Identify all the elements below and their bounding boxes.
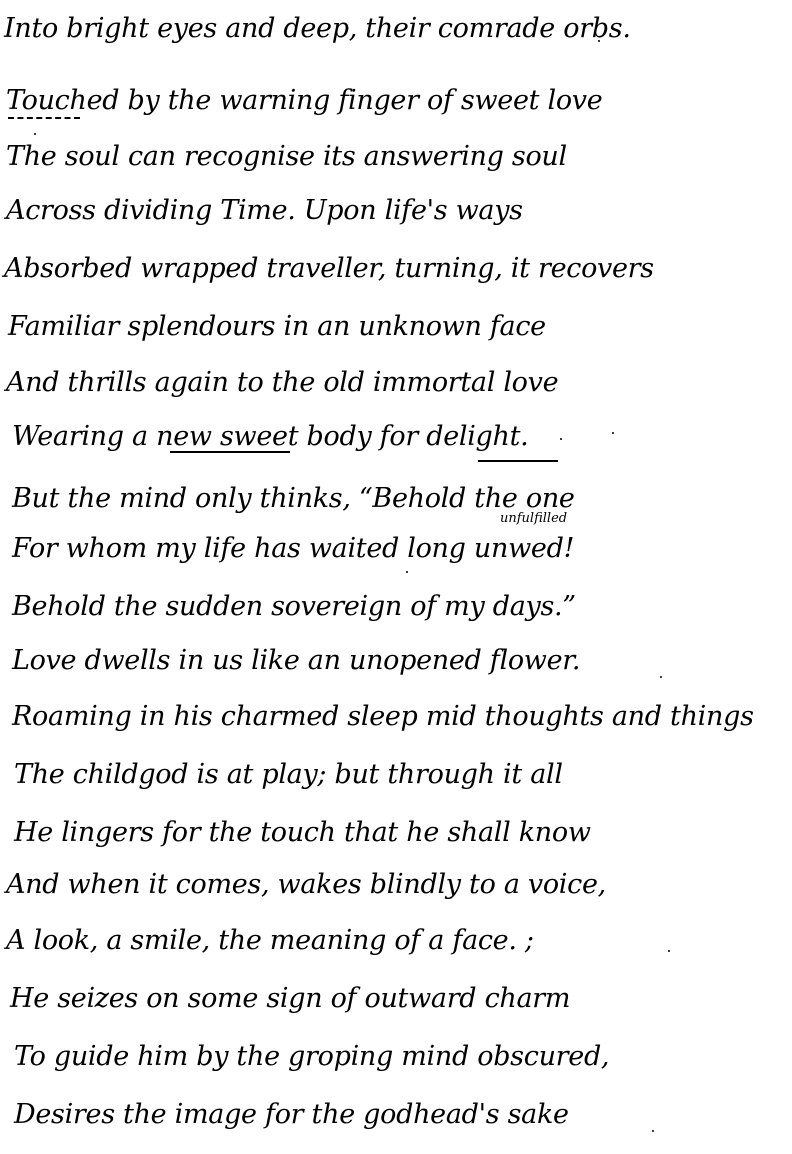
underline-mark-delight [478, 460, 558, 462]
scan-speck [598, 40, 600, 42]
manuscript-line-8: Wearing a new sweet body for delight. [12, 420, 528, 454]
scan-speck [652, 1130, 654, 1132]
manuscript-line-18: He seizes on some sign of outward charm [10, 982, 570, 1016]
manuscript-line-2: Touched by the warning finger of sweet l… [6, 84, 602, 118]
manuscript-line-10: For whom my life has waited long unwed! [12, 532, 574, 566]
scan-speck [406, 571, 408, 573]
manuscript-line-5: Absorbed wrapped traveller, turning, it … [4, 252, 654, 286]
scan-speck [668, 950, 670, 952]
manuscript-line-7: And thrills again to the old immortal lo… [6, 366, 558, 400]
scan-speck [612, 432, 614, 434]
manuscript-line-3: The soul can recognise its answering sou… [6, 140, 567, 174]
scan-speck [560, 438, 562, 440]
manuscript-line-6: Familiar splendours in an unknown face [8, 310, 546, 344]
manuscript-line-9: But the mind only thinks, “Behold the on… [12, 482, 575, 516]
insertion-unfulfilled: unfulfilled [500, 512, 567, 526]
manuscript-line-16: And when it comes, wakes blindly to a vo… [6, 868, 606, 902]
manuscript-line-19: To guide him by the groping mind obscure… [14, 1040, 609, 1074]
manuscript-line-17: A look, a smile, the meaning of a face. … [6, 924, 534, 958]
manuscript-line-1: Into bright eyes and deep, their comrade… [4, 12, 631, 46]
manuscript-line-14: The childgod is at play; but through it … [14, 758, 563, 792]
manuscript-line-11: Behold the sudden sovereign of my days.” [12, 590, 576, 624]
scan-speck [660, 676, 662, 678]
manuscript-line-15: He lingers for the touch that he shall k… [14, 816, 591, 850]
manuscript-line-20: Desires the image for the godhead's sake [14, 1098, 569, 1132]
underline-mark-new-sweet [170, 451, 290, 453]
scan-speck [34, 133, 36, 135]
manuscript-line-12: Love dwells in us like an unopened flowe… [12, 644, 580, 678]
manuscript-page: Into bright eyes and deep, their comrade… [0, 0, 792, 1154]
manuscript-line-4: Across dividing Time. Upon life's ways [6, 194, 523, 228]
underline-mark-touched [8, 117, 80, 119]
manuscript-line-13: Roaming in his charmed sleep mid thought… [12, 700, 754, 734]
